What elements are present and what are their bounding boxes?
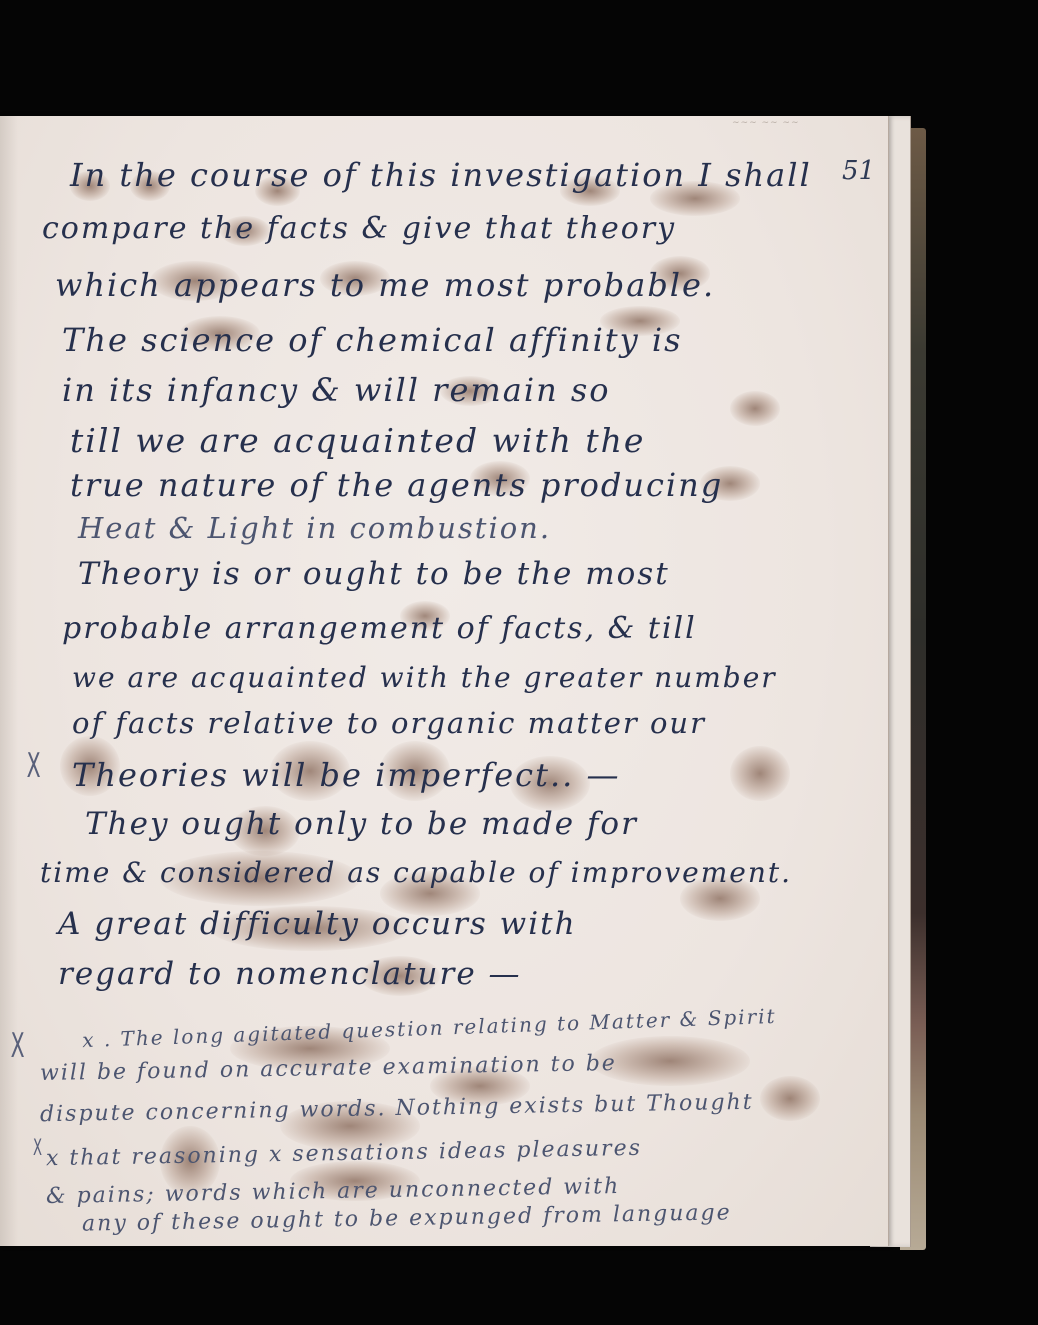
manuscript-line: true nature of the agents producing: [70, 466, 723, 504]
manuscript-line: Theory is or ought to be the most: [78, 556, 670, 592]
margin-x-mark: X: [33, 1136, 42, 1161]
margin-x-mark: X: [27, 746, 41, 786]
manuscript-line: Heat & Light in combustion.: [78, 511, 551, 545]
manuscript-line: Theories will be imperfect.. —: [72, 756, 620, 794]
manuscript-line: x that reasoning x sensations ideas plea…: [46, 1136, 642, 1171]
manuscript-line: compare the facts & give that theory: [42, 211, 676, 246]
page-number: 51: [842, 156, 875, 186]
pencil-annotation: ∼∼∼ ∼∼ ∼∼: [732, 118, 800, 128]
manuscript-line: till we are acquainted with the: [70, 421, 645, 460]
manuscript-line: time & considered as capable of improvem…: [40, 856, 792, 889]
manuscript-page: ∼∼∼ ∼∼ ∼∼ 51 In the course of this inves…: [0, 116, 889, 1246]
manuscript-line: probable arrangement of facts, & till: [62, 611, 697, 646]
stain: [730, 391, 780, 426]
manuscript-line: will be found on accurate examination to…: [40, 1051, 617, 1086]
margin-x-mark: X: [11, 1026, 25, 1066]
manuscript-line: In the course of this investigation I sh…: [70, 156, 812, 194]
manuscript-line: A great difficulty occurs with: [58, 906, 577, 942]
manuscript-line: which appears to me most probable.: [55, 266, 715, 304]
manuscript-line: we are acquainted with the greater numbe…: [72, 661, 777, 694]
stain: [730, 746, 790, 801]
manuscript-line: of facts relative to organic matter our: [72, 706, 706, 740]
stain: [760, 1076, 820, 1121]
manuscript-line: regard to nomenclature —: [58, 956, 522, 992]
manuscript-line: They ought only to be made for: [85, 806, 638, 842]
manuscript-line: in its infancy & will remain so: [62, 371, 611, 409]
manuscript-line: The science of chemical affinity is: [62, 321, 683, 359]
